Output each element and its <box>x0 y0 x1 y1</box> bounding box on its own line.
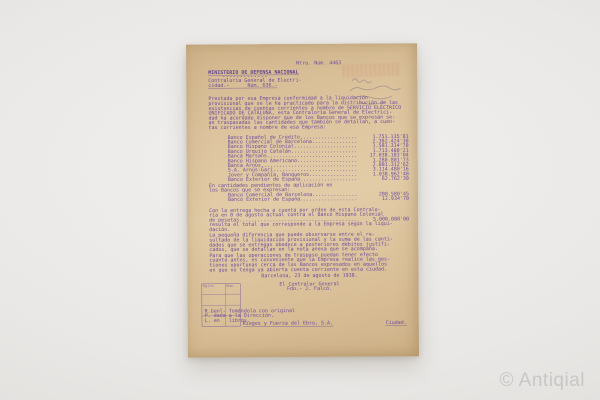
document-content: Ntro. Núm. 4463 MINISTERIO DE DEFENSA NA… <box>186 43 419 357</box>
document-paper: Ntro. Núm. 4463 MINISTERIO DE DEFENSA NA… <box>186 43 419 357</box>
addressee-city: Ciudad. <box>386 320 407 325</box>
paragraph-4: Para que las operaciones de traspaso pue… <box>209 252 409 272</box>
paragraph-2b: resulta el total que corresponde a la Em… <box>209 221 409 232</box>
bank-name: Banco Exterior de España <box>228 197 300 202</box>
bank-transfer-list: Banco Español de Crédito 1.751.135'81 Ba… <box>228 134 409 182</box>
text-line: tas corrientes a nombre de esa Empresa: <box>209 124 409 130</box>
registry-notes: R.Genl- Tomándola con originalP. dada a … <box>205 294 295 323</box>
watermark: © Antiqial <box>499 370 585 392</box>
ledger-row: Banco Exterior de España 62.762'30 <box>228 176 409 182</box>
office-line2: cidad.- Núm. 636.- <box>208 83 277 89</box>
addressee-company: Riegos y Fuerza del Ebro, S.A. <box>243 321 333 327</box>
ledger-row: Banco Exterior de España 12.934'70 <box>228 196 409 202</box>
registry-header-left: Rgtro. <box>202 284 225 294</box>
registry-header-right: Núm. <box>225 284 240 294</box>
dot-leader <box>300 177 357 182</box>
amount: 12.934'70 <box>357 196 409 201</box>
amount: 62.762'30 <box>357 176 409 181</box>
photo-background: Ntro. Núm. 4463 MINISTERIO DE DEFENSA NA… <box>0 0 600 400</box>
handwritten-annotation <box>345 73 410 108</box>
pending-list: Banco Comercial de Barcelona 280.580'45 … <box>228 192 409 203</box>
text-line: en que no tenga ya abierta cuenta corrie… <box>209 267 409 273</box>
paragraph-3: La pequeña diferencia que puede observar… <box>209 232 409 252</box>
bank-name: Banco Exterior de España <box>228 177 300 182</box>
dateline: Barcelona, 23 de agosto de 1938. <box>209 273 409 279</box>
dot-leader <box>300 197 357 202</box>
